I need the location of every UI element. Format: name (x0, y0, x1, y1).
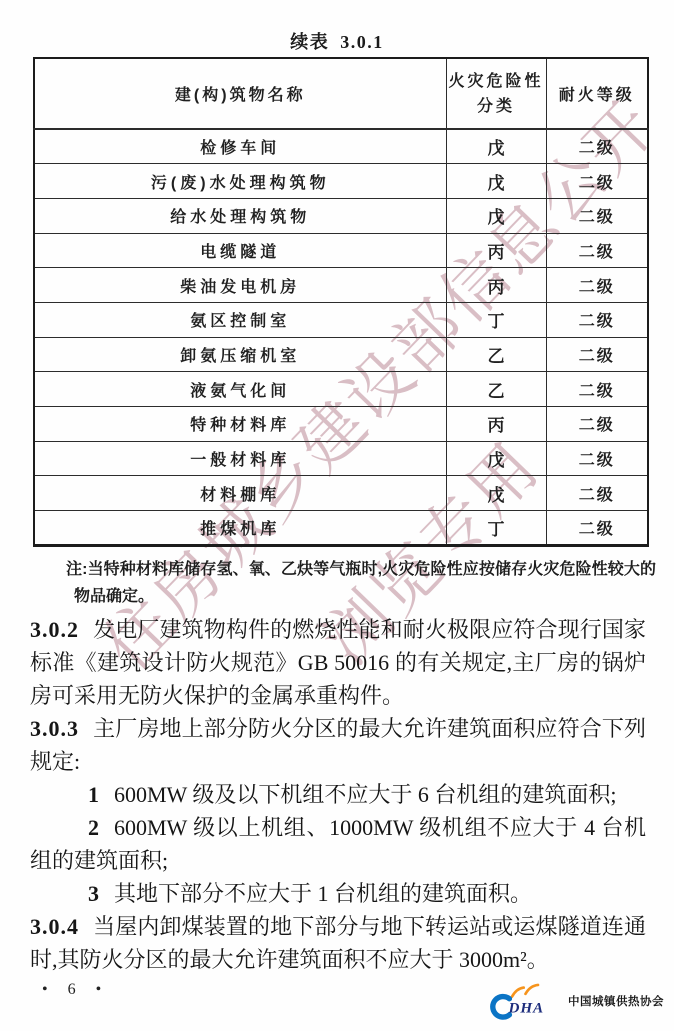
table-row: 卸氨压缩机室乙二级 (34, 337, 648, 372)
col-header-fire-hazard-line1: 火灾危险性 (447, 69, 546, 94)
building-name-cell: 检修车间 (34, 129, 446, 164)
building-name-cell: 给水处理构筑物 (34, 198, 446, 233)
building-name-cell: 卸氨压缩机室 (34, 337, 446, 372)
hazard-class-cell: 戊 (446, 164, 546, 199)
clause-number: 3.0.3 (30, 716, 79, 741)
building-name-cell: 电缆隧道 (34, 233, 446, 268)
building-name-cell: 特种材料库 (34, 407, 446, 442)
clause-text: 当屋内卸煤装置的地下部分与地下转运站或运煤隧道连通时,其防火分区的最大允许建筑面… (30, 914, 646, 972)
table-row: 推煤机库丁二级 (34, 511, 648, 546)
hazard-class-cell: 戊 (446, 476, 546, 511)
logo-signal-arc-outer (526, 985, 539, 994)
building-name-cell: 氨区控制室 (34, 302, 446, 337)
clause-paragraph: 3.0.2发电厂建筑物构件的燃烧性能和耐火极限应符合现行国家标准《建筑设计防火规… (30, 613, 646, 712)
clause-number: 1 (88, 782, 100, 807)
fire-resistance-cell: 二级 (546, 337, 648, 372)
table-row: 材料棚库戊二级 (34, 476, 648, 511)
table-row: 液氨气化间乙二级 (34, 372, 648, 407)
clause-number: 3.0.4 (30, 914, 79, 939)
fire-resistance-cell: 二级 (546, 407, 648, 442)
building-name-cell: 材料棚库 (34, 476, 446, 511)
fire-resistance-cell: 二级 (546, 164, 648, 199)
col-header-fire-hazard-line2: 分类 (447, 94, 546, 119)
hazard-class-cell: 戊 (446, 129, 546, 164)
fire-resistance-cell: 二级 (546, 268, 648, 303)
table-row: 一般材料库戊二级 (34, 441, 648, 476)
table-row: 电缆隧道丙二级 (34, 233, 648, 268)
clauses-section: 3.0.2发电厂建筑物构件的燃烧性能和耐火极限应符合现行国家标准《建筑设计防火规… (30, 613, 646, 976)
table-header-row: 建(构)筑物名称 火灾危险性 分类 耐火等级 (34, 58, 648, 129)
table-row: 检修车间戊二级 (34, 129, 648, 164)
clause-text: 发电厂建筑物构件的燃烧性能和耐火极限应符合现行国家标准《建筑设计防火规范》GB … (30, 617, 646, 708)
hazard-class-cell: 戊 (446, 441, 546, 476)
hazard-class-cell: 乙 (446, 372, 546, 407)
hazard-class-cell: 丙 (446, 233, 546, 268)
hazard-class-cell: 丙 (446, 268, 546, 303)
list-item-paragraph: 3其地下部分不应大于 1 台机组的建筑面积。 (30, 877, 646, 910)
document-page: 住房城乡建设部信息公开 浏览专用 续表 3.0.1 建(构)筑物名称 火灾危险性… (0, 0, 674, 1031)
table-row: 柴油发电机房丙二级 (34, 268, 648, 303)
building-name-cell: 推煤机库 (34, 511, 446, 546)
clause-text: 主厂房地上部分防火分区的最大允许建筑面积应符合下列规定: (30, 716, 646, 774)
col-header-building-name: 建(构)筑物名称 (34, 58, 446, 129)
list-item-paragraph: 2600MW 级以上机组、1000MW 级机组不应大于 4 台机组的建筑面积; (30, 811, 646, 877)
hazard-class-cell: 丁 (446, 511, 546, 546)
table-title: 续表 3.0.1 (0, 28, 674, 54)
building-name-cell: 污(废)水处理构筑物 (34, 164, 446, 199)
table-row: 给水处理构筑物戊二级 (34, 198, 648, 233)
building-name-cell: 一般材料库 (34, 441, 446, 476)
table-row: 污(废)水处理构筑物戊二级 (34, 164, 648, 199)
fire-resistance-cell: 二级 (546, 476, 648, 511)
hazard-class-cell: 丁 (446, 302, 546, 337)
fire-resistance-cell: 二级 (546, 441, 648, 476)
fire-resistance-cell: 二级 (546, 198, 648, 233)
fire-resistance-cell: 二级 (546, 372, 648, 407)
association-name: 中国城镇供热协会 (568, 993, 664, 1009)
fire-resistance-cell: 二级 (546, 129, 648, 164)
list-item-paragraph: 1600MW 级及以下机组不应大于 6 台机组的建筑面积; (30, 778, 646, 811)
fire-resistance-cell: 二级 (546, 302, 648, 337)
logo-abbr-text: DHA (508, 1000, 545, 1017)
building-name-cell: 液氨气化间 (34, 372, 446, 407)
building-name-cell: 柴油发电机房 (34, 268, 446, 303)
table-note: 注:当特种材料库储存氢、氧、乙炔等气瓶时,火灾危险性应按储存火灾危险性较大的物品… (66, 556, 656, 610)
logo-signal-arc-inner (512, 988, 524, 997)
clause-paragraph: 3.0.4当屋内卸煤装置的地下部分与地下转运站或运煤隧道连通时,其防火分区的最大… (30, 910, 646, 976)
clause-number: 3.0.2 (30, 617, 79, 642)
page-number: • 6 • (42, 981, 109, 999)
note-label: 注: (66, 561, 87, 578)
fire-rating-table: 建(构)筑物名称 火灾危险性 分类 耐火等级 检修车间戊二级污(废)水处理构筑物… (33, 57, 649, 547)
dha-logo-mark: DHA (488, 981, 563, 1021)
clause-text: 600MW 级以上机组、1000MW 级机组不应大于 4 台机组的建筑面积; (30, 815, 646, 873)
hazard-class-cell: 戊 (446, 198, 546, 233)
clause-number: 2 (88, 815, 100, 840)
table-row: 特种材料库丙二级 (34, 407, 648, 442)
note-text: 当特种材料库储存氢、氧、乙炔等气瓶时,火灾危险性应按储存火灾危险性较大的物品确定… (74, 561, 656, 605)
logo-c-swoosh (493, 997, 510, 1018)
clause-text: 其地下部分不应大于 1 台机组的建筑面积。 (114, 881, 532, 906)
col-header-fire-hazard: 火灾危险性 分类 (446, 58, 546, 129)
fire-resistance-cell: 二级 (546, 233, 648, 268)
fire-resistance-cell: 二级 (546, 511, 648, 546)
page-content: 续表 3.0.1 建(构)筑物名称 火灾危险性 分类 耐火等级 检修车间戊二级污… (0, 0, 674, 1031)
association-logo: DHA 中国城镇供热协会 (488, 981, 664, 1021)
clause-paragraph: 3.0.3主厂房地上部分防火分区的最大允许建筑面积应符合下列规定: (30, 712, 646, 778)
clause-number: 3 (88, 881, 100, 906)
table-row: 氨区控制室丁二级 (34, 302, 648, 337)
hazard-class-cell: 乙 (446, 337, 546, 372)
hazard-class-cell: 丙 (446, 407, 546, 442)
clause-text: 600MW 级及以下机组不应大于 6 台机组的建筑面积; (114, 782, 617, 807)
col-header-fire-resistance: 耐火等级 (546, 58, 648, 129)
